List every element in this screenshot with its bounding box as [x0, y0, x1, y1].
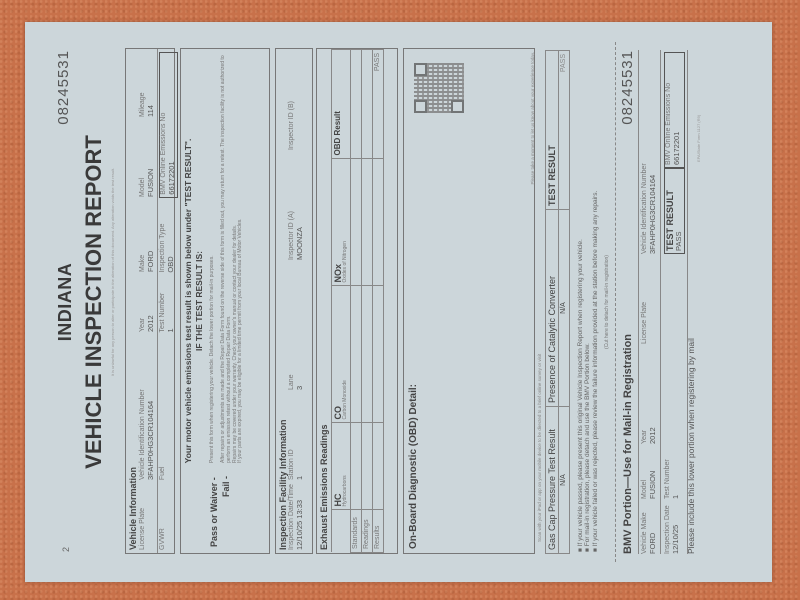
- test-result-notice: Your motor vehicle emissions test result…: [180, 48, 270, 554]
- cut-line-text: (Cut here to detach for mail-in registra…: [605, 22, 611, 582]
- catalytic-converter-value: N/A: [559, 210, 570, 407]
- instructions-list: ■ If your vehicle passed, please present…: [577, 52, 599, 552]
- exhaust-header-row: HCHydrocarbons COCarbon Monoxide NOxOxid…: [332, 50, 351, 553]
- lane-field: Lane3: [288, 260, 305, 390]
- gas-cap-value: N/A: [559, 407, 570, 554]
- form-code: EPA/State Form 1127 (R9): [697, 115, 702, 162]
- test-result-value: PASS: [559, 51, 570, 210]
- mileage-field: Mileage114: [139, 57, 156, 117]
- inspector-b-field: Inspector ID (B): [288, 60, 305, 150]
- table-row: ResultsPASS: [373, 50, 384, 553]
- pass-waiver-label: Pass or Waiver -: [209, 477, 219, 547]
- bmv-model-field: ModelFUSION: [641, 444, 658, 499]
- survey-note: Please take a moment to let us know abou…: [530, 52, 535, 342]
- pass-waiver-text: Present this form when registering your …: [210, 58, 216, 463]
- obd-result-column: OBD Result: [332, 50, 351, 160]
- gvwr-field: GVWR: [159, 480, 178, 550]
- bmv-document-number: 08245531: [619, 50, 636, 125]
- fuel-field: Fuel: [159, 332, 178, 480]
- notice-line-2: IF THE TEST RESULT IS:: [195, 49, 205, 553]
- vehicle-info-row-1: License Plate Vehicle Identification Num…: [139, 52, 156, 550]
- inspection-report-page: 2 INDIANA VEHICLE INSPECTION REPORT 0824…: [25, 22, 772, 582]
- bmv-online-emissions-field: BMV Online Emissions No66172201: [159, 52, 178, 198]
- bmv-online-emissions-number-field: BMV Online Emissions No66172201: [664, 52, 685, 168]
- nox-column: NOxOxides of Nitrogen: [332, 159, 351, 286]
- facility-fields: Inspection Date/Time12/10/25 13:33 Stati…: [288, 52, 305, 550]
- exhaust-emissions-section: Exhaust Emissions Readings HCHydrocarbon…: [316, 48, 398, 554]
- bmv-inspection-date-field: Inspection Date12/10/25: [664, 499, 685, 554]
- license-plate-field: License Plate: [139, 480, 156, 550]
- table-row: Standards: [351, 50, 362, 553]
- vehicle-info-row-2: GVWR Fuel Test Number1 Inspection TypeOB…: [159, 52, 178, 550]
- obd-detail-section: On-Board Diagnostic (OBD) Detail:: [403, 48, 535, 554]
- test-number-field: Test Number1: [159, 273, 178, 333]
- gas-cap-header: Gas Cap Pressure Test Result: [546, 407, 559, 554]
- bmv-row-2: Inspection Date12/10/25 Test Number1 TES…: [662, 50, 688, 554]
- bmv-test-result-field: TEST RESULTPASS: [664, 168, 685, 254]
- fail-text: After repairs or adjustments are made an…: [221, 53, 244, 463]
- qr-code-icon: [414, 63, 464, 113]
- results-value-row: N/A N/A PASS: [559, 51, 570, 554]
- vehicle-information-heading: Vehicle Information: [128, 467, 138, 550]
- bmv-license-plate-field: License Plate: [641, 254, 658, 344]
- test-results-table: Gas Cap Pressure Test Result Presence of…: [545, 50, 570, 554]
- catalytic-converter-header: Presence of Catalytic Converter: [546, 210, 559, 407]
- instruction-item: ■ For mail-in registration, please detac…: [584, 52, 591, 552]
- bmv-row-1: Vehicle MakeFORD ModelFUSION Year2012 Li…: [638, 50, 661, 554]
- scan-note: Scan with your iPad or app on your mobil…: [537, 62, 542, 542]
- inspection-type-field: Inspection TypeOBD: [159, 198, 178, 273]
- bmv-footer-note: Please include this lower portion when r…: [687, 338, 697, 554]
- bmv-test-number-field: Test Number1: [664, 254, 685, 499]
- instruction-item: ■ If your vehicle failed or was rejected…: [592, 52, 599, 552]
- model-field: ModelFUSION: [139, 117, 156, 197]
- bmv-vin-field: Vehicle Identification Number3FAHP0HG3CR…: [641, 54, 658, 254]
- bmv-year-field: Year2012: [641, 344, 658, 444]
- vehicle-information-section: Vehicle Information License Plate Vehicl…: [125, 48, 175, 554]
- bmv-make-field: Vehicle MakeFORD: [641, 499, 658, 554]
- cut-line: [615, 42, 616, 562]
- instruction-item: ■ If your vehicle passed, please present…: [577, 52, 584, 552]
- notice-line-1: Your motor vehicle emissions test result…: [184, 49, 194, 553]
- test-result-header: TEST RESULT: [546, 51, 559, 210]
- inspector-a-field: Inspector ID (A)MOONZA: [288, 150, 305, 260]
- obd-result-value: PASS: [373, 50, 384, 160]
- inspection-facility-section: Inspection Facility Information Inspecti…: [275, 48, 313, 554]
- fail-label: Fail -: [221, 476, 231, 497]
- hc-column: HCHydrocarbons: [332, 423, 351, 510]
- vin-field: Vehicle Identification Number3FAHP0HG3CR…: [139, 332, 156, 480]
- paper-document: 2 INDIANA VEHICLE INSPECTION REPORT 0824…: [25, 22, 772, 582]
- report-title: VEHICLE INSPECTION REPORT: [81, 22, 106, 582]
- obd-heading: On-Board Diagnostic (OBD) Detail:: [408, 384, 420, 549]
- inspection-datetime-field: Inspection Date/Time12/10/25 13:33: [288, 480, 305, 550]
- document-number: 08245531: [55, 50, 72, 125]
- bmv-portion-heading: BMV Portion—Use for Mail-in Registration: [622, 334, 635, 554]
- exhaust-table: HCHydrocarbons COCarbon Monoxide NOxOxid…: [331, 49, 384, 553]
- facility-heading: Inspection Facility Information: [278, 419, 288, 550]
- fine-print: It is unlawful for any person to alter o…: [111, 42, 116, 502]
- results-header-row: Gas Cap Pressure Test Result Presence of…: [546, 51, 559, 554]
- co-column: COCarbon Monoxide: [332, 286, 351, 423]
- make-field: MakeFORD: [139, 197, 156, 272]
- exhaust-heading: Exhaust Emissions Readings: [319, 424, 329, 550]
- table-row: Readings: [362, 50, 373, 553]
- year-field: Year2012: [139, 272, 156, 332]
- station-id-field: Station ID1: [288, 390, 305, 480]
